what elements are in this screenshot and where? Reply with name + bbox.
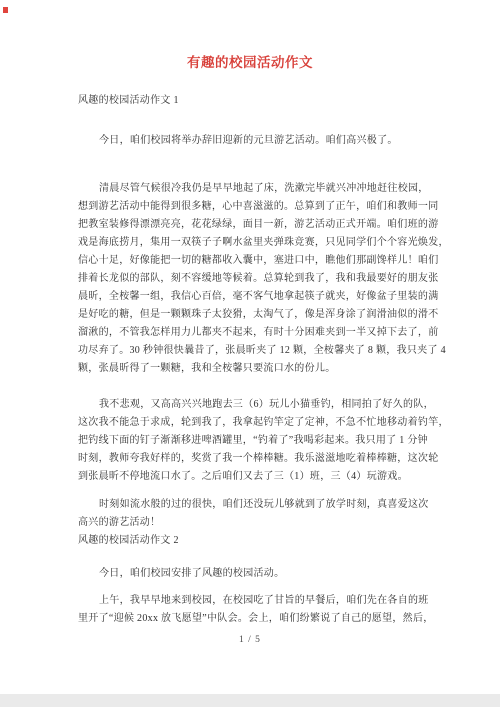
heading-block: 风趣的校园活动作文 2: [78, 532, 422, 550]
text-line: 这次我不能急于求成，轮到我了，我拿起钓竿定了定神，不急不忙地移动着钓竿，: [78, 414, 422, 432]
text-line: 我不悲观，又高高兴兴地跑去三（6）玩儿小猫垂钓，相同拍了好久的队，: [78, 396, 422, 414]
corner-marker: [3, 7, 8, 13]
paragraph-block: 清晨尽管气候很冷我仍是早早地起了床，洗漱完毕就兴冲冲地赶往校园，想到游艺活动中能…: [78, 180, 422, 378]
text-line: 颗，张晨昕得了一颗糖，我和全桉馨只要流口水的份儿。: [78, 360, 422, 378]
page-number: 1 / 5: [0, 634, 500, 646]
paragraph-block: 上午，我早早地来到校园，在校园吃了甘旨的早餐后，咱们先在各自的班里开了“迎候 2…: [78, 592, 422, 628]
doc-title: 有趣的校园活动作文: [0, 55, 500, 71]
text-line: 把教室装修得漂漂亮亮，花花绿绿，面目一新，游艺活动正式开端。咱们班的游: [78, 216, 422, 234]
heading-block: 风趣的校园活动作文 1: [78, 92, 422, 110]
text-line: 功尽弃了。30 秒钟很快曩昔了，张晨昕夹了 12 颗，全桉馨夹了 8 颗，我只夹…: [78, 342, 422, 360]
text-line: 到张晨昕不停地流口水了。之后咱们又去了三（1）班，三（4）玩游戏。: [78, 468, 422, 486]
section-heading: 风趣的校园活动作文 2: [78, 532, 422, 550]
text-line: 今日，咱们校园安排了风趣的校园活动。: [78, 565, 422, 583]
text-line: 时刻如流水般的过的很快，咱们还没玩儿够就到了放学时刻，真喜爱这次: [78, 496, 422, 514]
text-line: 想到游艺活动中能得到很多糖，心中喜滋滋的。总算到了正午，咱们和教师一同: [78, 198, 422, 216]
paragraph-block: 今日，咱们校园将举办辞旧迎新的元旦游艺活动。咱们高兴极了。: [78, 132, 422, 150]
text-line: 今日，咱们校园将举办辞旧迎新的元旦游艺活动。咱们高兴极了。: [78, 132, 422, 150]
text-line: 里开了“迎候 20xx 放飞愿望”中队会。会上，咱们纷繁说了自己的愿望，然后，: [78, 610, 422, 628]
section-heading: 风趣的校园活动作文 1: [78, 92, 422, 110]
text-line: 把钓线下面的钉子渐渐移进啤酒罐里，“钓着了”我喝彩起来。我只用了 1 分钟: [78, 432, 422, 450]
text-line: 是好吃的糖，但是一颗颗珠子太狡猾，太淘气了，像是浑身涂了润滑油似的滑不: [78, 306, 422, 324]
text-line: 晨昕，全桉馨一组，我信心百倍，毫不客气地拿起筷子就夹，好像盆子里装的满: [78, 288, 422, 306]
paragraph-block: 时刻如流水般的过的很快，咱们还没玩儿够就到了放学时刻，真喜爱这次高兴的游艺活动！: [78, 496, 422, 532]
text-line: 时刻，教师夸我好样的，奖赏了我一个棒棒糖。我乐滋滋地吃着棒棒糖，这次轮: [78, 450, 422, 468]
text-line: 信心十足，好像能把一切的糖都收入囊中，塞进口中，瞧他们那副馋样儿！咱们: [78, 252, 422, 270]
paragraph-block: 我不悲观，又高高兴兴地跑去三（6）玩儿小猫垂钓，相同拍了好久的队，这次我不能急于…: [78, 396, 422, 486]
text-line: 高兴的游艺活动！: [78, 514, 422, 532]
text-line: 溜湫的，不管我怎样用力儿都夹不起来，有时十分困难夹到一半又掉下去了，前: [78, 324, 422, 342]
text-line: 排着长龙似的部队，刻不容缓地等候着。总算轮到我了，我和我最要好的朋友张: [78, 270, 422, 288]
document-page: 有趣的校园活动作文 风趣的校园活动作文 1今日，咱们校园将举办辞旧迎新的元旦游艺…: [0, 0, 500, 707]
text-line: 清晨尽管气候很冷我仍是早早地起了床，洗漱完毕就兴冲冲地赶往校园，: [78, 180, 422, 198]
text-line: 上午，我早早地来到校园，在校园吃了甘旨的早餐后，咱们先在各自的班: [78, 592, 422, 610]
document-body: 风趣的校园活动作文 1今日，咱们校园将举办辞旧迎新的元旦游艺活动。咱们高兴极了。…: [0, 92, 500, 628]
bottom-strip: [0, 694, 500, 707]
text-line: 戏是海底捞月，集用一双筷子子啊水盆里夹弹珠竞赛，只见同学们个个容光焕发，: [78, 234, 422, 252]
paragraph-block: 今日，咱们校园安排了风趣的校园活动。: [78, 565, 422, 583]
